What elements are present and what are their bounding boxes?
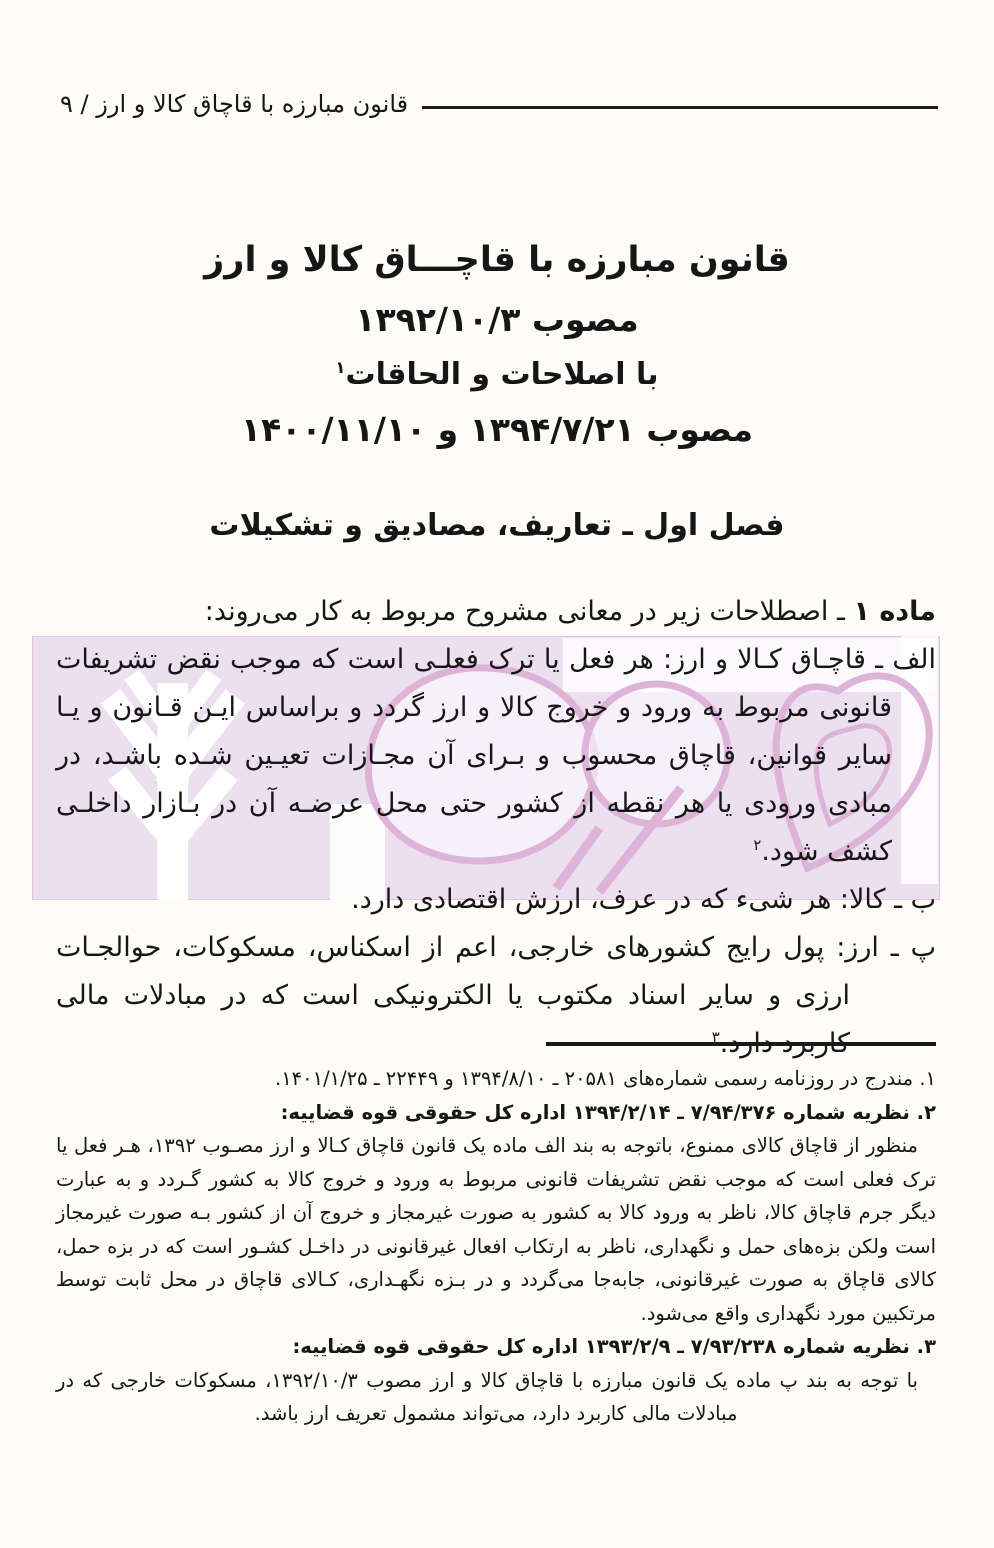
footnote-3-body: با توجه به بند پ ماده یک قانون مبارزه با…: [56, 1364, 936, 1431]
body-text: ماده ۱ ـ اصطلاحات زیر در معانی مشروح مرب…: [56, 588, 936, 1068]
footnote-3-heading: ۳. نظریه شماره ۷/۹۳/۲۳۸ ـ ۱۳۹۳/۲/۹ اداره…: [56, 1330, 936, 1364]
scanned-book-page: قانون مبارزه با قاچاق کالا و ارز / ۹: [0, 0, 994, 1548]
footnote-1-text: مندرج در روزنامه رسمی شماره‌های ۲۰۵۸۱ ـ …: [275, 1067, 919, 1090]
footnote-separator-rule: [546, 1042, 936, 1046]
footnote-2-body: منظور از قاچاق کالای ممنوع، باتوجه به بن…: [56, 1129, 936, 1330]
article-1-intro-text: ـ اصطلاحات زیر در معانی مشروح مربوط به ک…: [205, 596, 854, 627]
amendments-text: با اصلاحات و الحاقات: [345, 357, 658, 392]
clause-be-text: ب ـ کالا: هر شیء که در عرف، ارزش اقتصادی…: [351, 884, 936, 915]
clause-alef-text: الف ـ قاچـاق کـالا و ارز: هر فعل یا ترک …: [56, 644, 936, 867]
law-approval-date: مصوب ۱۳۹۲/۱۰/۳: [0, 300, 994, 339]
footnote-2-heading: ۲. نظریه شماره ۷/۹۴/۳۷۶ ـ ۱۳۹۴/۲/۱۴ ادار…: [56, 1096, 936, 1130]
clause-alef: الف ـ قاچـاق کـالا و ارز: هر فعل یا ترک …: [56, 636, 936, 876]
footnote-3-heading-text: نظریه شماره ۷/۹۳/۲۳۸ ـ ۱۳۹۳/۲/۹ اداره کل…: [292, 1335, 916, 1358]
footnotes-section: ۱. مندرج در روزنامه رسمی شماره‌های ۲۰۵۸۱…: [56, 1042, 936, 1431]
clause-pe-text: پ ـ ارز: پول رایج کشورهای خارجی، اعم از …: [56, 932, 936, 1059]
footnote-ref-1: ۱: [335, 358, 345, 377]
amendment-dates: مصوب ۱۳۹۴/۷/۲۱ و ۱۴۰۰/۱۱/۱۰: [0, 410, 994, 449]
header-page-number: ۹: [60, 90, 73, 118]
footnote-3-number: ۳.: [917, 1335, 936, 1358]
header-text: قانون مبارزه با قاچاق کالا و ارز / ۹: [60, 90, 408, 118]
law-amendments-line: با اصلاحات و الحاقات۱: [0, 357, 994, 392]
law-title: قانون مبارزه با قاچـــاق کالا و ارز: [0, 240, 994, 280]
article-1-intro: ماده ۱ ـ اصطلاحات زیر در معانی مشروح مرب…: [56, 588, 936, 636]
footnote-1-number: ۱.: [919, 1067, 936, 1090]
header-rule: [422, 106, 938, 109]
chapter-heading: فصل اول ـ تعاریف، مصادیق و تشکیلات: [0, 508, 994, 543]
law-title-block: قانون مبارزه با قاچـــاق کالا و ارز مصوب…: [0, 240, 994, 449]
header-running-title: قانون مبارزه با قاچاق کالا و ارز: [96, 90, 408, 118]
header-separator: /: [81, 90, 89, 118]
footnote-2-number: ۲.: [917, 1101, 936, 1124]
footnote-1: ۱. مندرج در روزنامه رسمی شماره‌های ۲۰۵۸۱…: [56, 1062, 936, 1096]
article-1-label: ماده ۱: [853, 596, 936, 627]
clause-be: ب ـ کالا: هر شیء که در عرف، ارزش اقتصادی…: [56, 876, 936, 924]
page-header: قانون مبارزه با قاچاق کالا و ارز / ۹: [60, 90, 938, 118]
footnote-2-heading-text: نظریه شماره ۷/۹۴/۳۷۶ ـ ۱۳۹۴/۲/۱۴ اداره ک…: [281, 1101, 917, 1124]
